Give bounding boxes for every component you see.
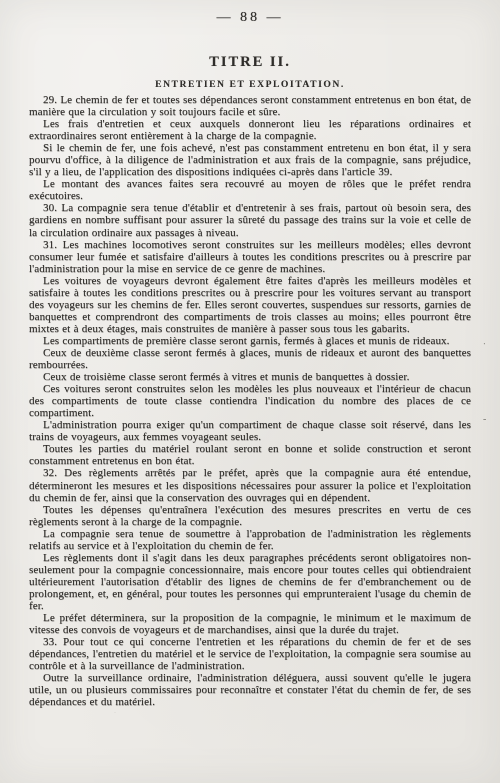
paragraph: Toutes les parties du matériel roulant s…: [29, 443, 471, 467]
scan-artifact-mark: -: [483, 414, 486, 425]
paragraph: Ces voitures seront construites selon le…: [29, 383, 471, 419]
scanned-document-page: — 88 — TITRE II. ENTRETIEN ET EXPLOITATI…: [0, 0, 500, 783]
paragraph-article-29: 29. Le chemin de fer et toutes ses dépen…: [29, 94, 471, 118]
paragraph: Toutes les dépenses qu'entraînera l'exéc…: [29, 504, 471, 528]
paragraph: Le préfet déterminera, sur la propositio…: [29, 612, 471, 636]
paragraph-article-33: 33. Pour tout ce qui concerne l'entretie…: [29, 636, 471, 672]
paragraph: Les frais d'entretien et ceux auxquels d…: [29, 118, 471, 142]
paragraph: Ceux de deuxième classe seront fermés à …: [29, 347, 471, 371]
section-title: TITRE II.: [0, 54, 500, 71]
section-subtitle: ENTRETIEN ET EXPLOITATION.: [0, 80, 500, 90]
paragraph: La compagnie sera tenue de soumettre à l…: [29, 528, 471, 552]
paragraph-article-30: 30. La compagnie sera tenue d'établir et…: [29, 202, 471, 238]
document-body: 29. Le chemin de fer et toutes ses dépen…: [29, 94, 471, 708]
paragraph-article-31: 31. Les machines locomotives seront cons…: [29, 239, 471, 275]
paragraph: Les compartiments de première classe ser…: [29, 335, 471, 347]
page-number: — 88 —: [0, 10, 500, 26]
paragraph: Les voitures de voyageurs devront égalem…: [29, 275, 471, 335]
paragraph: Le montant des avances faites sera recou…: [29, 178, 471, 202]
paragraph: Outre la surveillance ordinaire, l'admin…: [29, 672, 471, 708]
scan-artifact-mark: ·: [481, 339, 488, 350]
paragraph: Les règlements dont il s'agit dans les d…: [29, 552, 471, 612]
paragraph: Si le chemin de fer, une fois achevé, n'…: [29, 142, 471, 178]
paragraph: L'administration pourra exiger qu'un com…: [29, 419, 471, 443]
paragraph-article-32: 32. Des règlements arrêtés par le préfet…: [29, 467, 471, 503]
paragraph: Ceux de troisième classe seront fermés à…: [29, 371, 471, 383]
